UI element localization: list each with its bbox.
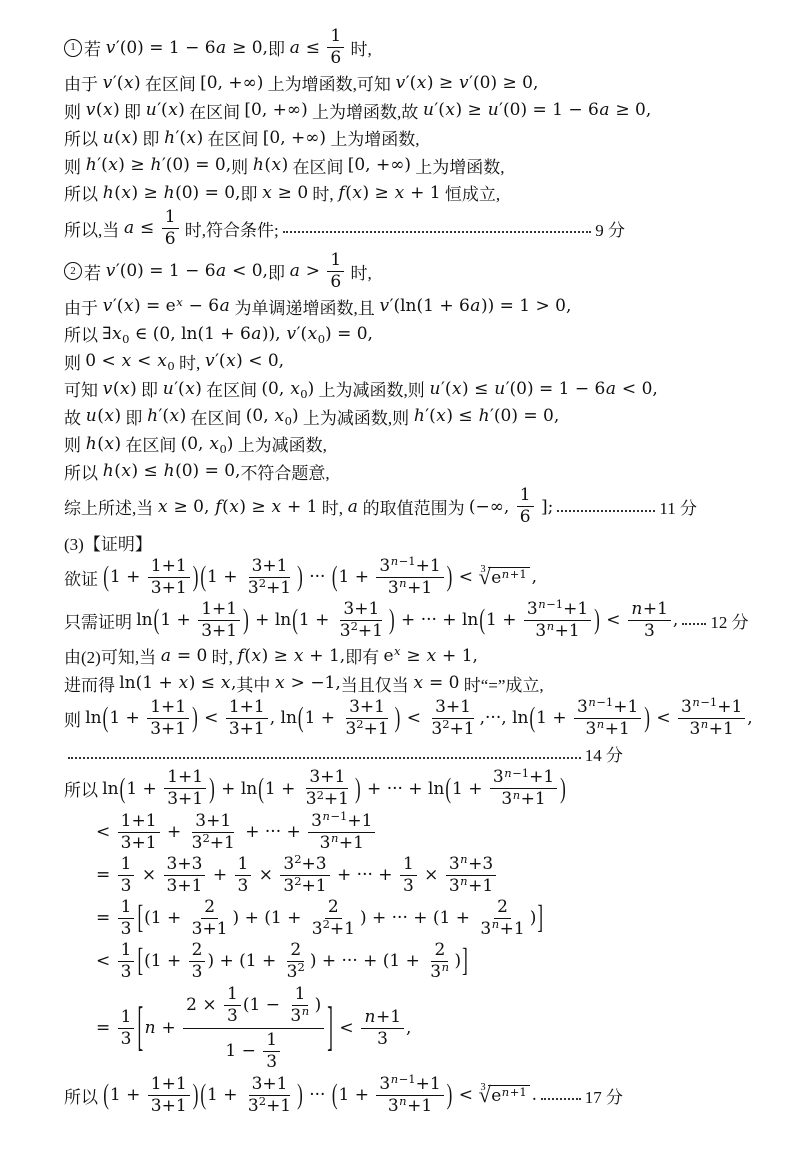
fraction: 1+13+1 xyxy=(226,697,268,740)
big-delimiter: ( xyxy=(103,560,109,594)
fraction-numerator: 1+1 xyxy=(148,556,190,578)
big-delimiter: ( xyxy=(154,603,160,637)
fraction-numerator: 3n−1+1 xyxy=(376,556,443,578)
big-delimiter: ) xyxy=(193,560,199,594)
variable: h xyxy=(85,155,97,175)
text-segment: (3)【证明】 xyxy=(64,530,152,555)
function-name: ln xyxy=(241,779,257,799)
variable: h xyxy=(413,406,425,426)
circled-number-icon: 2 xyxy=(64,262,82,280)
fraction: 1+13+1 xyxy=(148,556,190,599)
big-delimiter: ( xyxy=(332,1078,338,1112)
superscript: n xyxy=(546,619,554,633)
fraction: 13 xyxy=(118,854,135,897)
variable: n xyxy=(460,852,468,866)
math-expression: × xyxy=(136,865,161,885)
root-body: en+1 xyxy=(488,567,529,588)
text-line: 所以 ∃x0 ∈ (0, ln(1 + 6a)), v′(x0) = 0, xyxy=(64,320,764,348)
math-expression: × xyxy=(253,865,278,885)
math-expression: 32+1 xyxy=(248,579,291,598)
fraction-denominator: 32+1 xyxy=(342,719,391,740)
superscript: n xyxy=(512,788,520,802)
big-delimiter: [ xyxy=(137,899,143,937)
variable: a xyxy=(605,379,616,399)
variable: x xyxy=(123,296,134,316)
fraction-denominator: 3+1 xyxy=(198,621,240,642)
variable: v xyxy=(379,296,390,316)
text-line: 则 v(x) 即 u′(x) 在区间 [0, +∞) 上为增函数,故 u′(x)… xyxy=(64,97,764,125)
variable: a xyxy=(599,100,610,120)
math-expression: u(x) xyxy=(102,128,138,148)
math-expression: 3+1 xyxy=(309,768,345,787)
superscript: n−1 xyxy=(504,766,529,780)
fraction-numerator: 1+1 xyxy=(118,811,160,833)
fraction-denominator: 32+1 xyxy=(245,578,294,599)
math-expression: 3+1 xyxy=(150,720,186,739)
variable: x xyxy=(416,73,427,93)
math-expression: v′(0) = 1 − 6a < 0, xyxy=(105,261,268,281)
superscript: n−1 xyxy=(390,1072,415,1086)
math-expression: ex ≥ x + 1, xyxy=(383,646,478,666)
fraction-numerator: 3n−1+1 xyxy=(376,1074,443,1096)
math-expression: + ··· + ln xyxy=(396,610,479,630)
fraction-numerator: 1+1 xyxy=(164,767,206,789)
math-expression: v′(x) xyxy=(102,73,140,93)
math-expression: 3 xyxy=(266,1053,277,1072)
math-expression: 3+1 xyxy=(151,579,187,598)
fraction-numerator: 1 xyxy=(224,984,241,1006)
big-delimiter: ( xyxy=(298,701,304,735)
variable: v xyxy=(395,73,406,93)
text-line: = 13[(1 + 23+1) + (1 + 232+1) + ··· + (1… xyxy=(64,897,764,940)
fraction-numerator: 1+1 xyxy=(226,697,268,719)
math-expression: + ln xyxy=(250,610,291,630)
math-expression: [0, +∞) xyxy=(244,100,307,120)
variable: h xyxy=(147,406,159,426)
math-expression: u′(x) xyxy=(145,100,185,120)
math-expression: n−1 xyxy=(588,695,613,709)
fraction-numerator: 1 xyxy=(162,207,179,229)
math-expression: 3 xyxy=(644,622,655,641)
variable: a xyxy=(160,646,171,666)
solution-text-body: 1若 v′(0) = 1 − 6a ≥ 0,即 a ≤ 16 时,由于 v′(x… xyxy=(64,26,764,1117)
variable: n xyxy=(144,1018,156,1038)
fraction-denominator: 3+1 xyxy=(189,919,231,940)
math-expression: ln xyxy=(85,708,101,728)
function-name: ln xyxy=(136,610,152,630)
text-line: = 13 × 3+33+1 + 13 × 32+332+1 + ··· + 13… xyxy=(64,854,764,897)
math-expression: 2 xyxy=(290,941,301,960)
math-expression: < xyxy=(453,567,478,587)
fraction-denominator: 3 xyxy=(235,876,252,897)
text-segment: 所以 xyxy=(64,459,102,484)
text-segment: 所以 xyxy=(64,1083,102,1108)
fraction-denominator: 3n+1 xyxy=(446,876,496,897)
math-expression: n+1 xyxy=(631,600,668,619)
big-delimiter: ) xyxy=(297,560,303,594)
variable: v xyxy=(459,73,470,93)
fraction-denominator: 3+1 xyxy=(147,719,189,740)
variable: u xyxy=(429,379,441,399)
math-expression: 1 + xyxy=(536,708,572,728)
text-segment: 即 xyxy=(137,376,163,401)
text-segment: 只需证明 xyxy=(64,608,136,633)
fraction: n+13 xyxy=(361,1007,404,1050)
superscript: n−1 xyxy=(322,809,347,823)
variable: a xyxy=(289,38,300,58)
variable: x xyxy=(436,406,447,426)
math-expression: 3n xyxy=(290,1007,309,1026)
fraction: 13 xyxy=(118,940,135,983)
math-expression: 3 xyxy=(227,1007,238,1026)
text-segment: 欲证 xyxy=(64,565,102,590)
math-expression: n−1 xyxy=(692,695,717,709)
fraction-denominator: 3 xyxy=(224,1006,241,1027)
text-line: (3)【证明】 xyxy=(64,528,764,556)
math-expression: en+1 xyxy=(491,1086,526,1106)
fraction-denominator: 3n+1 xyxy=(498,789,548,810)
text-segment: 则 xyxy=(64,431,85,456)
math-expression: + ··· + xyxy=(240,822,306,842)
math-expression: (1 + xyxy=(144,951,187,971)
math-expression: 3 xyxy=(238,877,249,896)
text-line: 所以,当 a ≤ 16 时,符合条件;9 分 xyxy=(64,207,764,250)
variable: x xyxy=(413,673,424,693)
fraction-denominator: 32+1 xyxy=(428,719,477,740)
subscript: 0 xyxy=(219,442,226,456)
superscript: n xyxy=(399,1094,407,1108)
variable: n xyxy=(364,1007,376,1027)
fraction: 3+132+1 xyxy=(337,599,386,642)
fraction-numerator: 1 xyxy=(118,940,135,962)
variable: h xyxy=(252,155,264,175)
fraction-numerator: n+1 xyxy=(628,599,671,621)
fraction-numerator: 1 xyxy=(292,984,309,1006)
text-segment: 即 xyxy=(268,35,289,60)
fraction-denominator: 32+1 xyxy=(189,833,238,854)
math-expression: n xyxy=(441,960,449,974)
math-expression: 1 + xyxy=(126,779,162,799)
fraction-numerator: 3+1 xyxy=(432,697,474,719)
superscript: n−1 xyxy=(692,695,717,709)
fraction: 1+13+1 xyxy=(148,1074,190,1117)
math-expression: 3+1 xyxy=(435,698,471,717)
fraction: 1+13+1 xyxy=(198,599,240,642)
text-segment: 可知 xyxy=(64,376,102,401)
superscript: n−1 xyxy=(538,597,563,611)
text-segment: 上为增函数,可知 xyxy=(263,70,395,95)
math-expression: n−1 xyxy=(322,809,347,823)
dotted-leader xyxy=(682,623,706,625)
text-line: 1若 v′(0) = 1 − 6a ≥ 0,即 a ≤ 16 时, xyxy=(64,26,764,69)
subscript: 0 xyxy=(167,359,174,373)
math-expression: 32+3 xyxy=(283,855,326,874)
text-segment: 时, xyxy=(207,643,237,668)
math-expression: 2 xyxy=(259,1094,266,1108)
function-name: ln xyxy=(85,708,101,728)
text-segment: 在区间 xyxy=(121,431,181,456)
math-expression: 32+1 xyxy=(345,720,388,739)
math-expression: 2 xyxy=(356,717,363,731)
math-expression: , xyxy=(406,1018,411,1038)
fraction: 16 xyxy=(327,250,344,293)
text-segment: 即有 xyxy=(345,643,383,668)
superscript: x xyxy=(176,295,184,309)
math-expression: 3n−1+1 xyxy=(527,600,588,619)
math-expression: u′(x) ≤ u′(0) = 1 − 6a < 0, xyxy=(429,379,658,399)
fraction-denominator: 3n+1 xyxy=(686,719,736,740)
math-expression: 0 xyxy=(300,387,307,401)
fraction-denominator: 6 xyxy=(327,48,344,69)
math-expression: 3 xyxy=(121,877,132,896)
math-expression: 3n−1+1 xyxy=(493,768,554,787)
variable: x xyxy=(104,406,115,426)
math-expression: 1 − xyxy=(225,1042,261,1061)
fraction-numerator: 3+1 xyxy=(306,767,348,789)
math-expression: a ≤ xyxy=(289,38,325,58)
math-expression: 1 xyxy=(266,1031,277,1050)
math-expression: 0 xyxy=(285,414,292,428)
math-expression: 3+1 xyxy=(229,720,265,739)
text-line: < 1+13+1 + 3+132+1 + ··· + 3n−1+13n+1 xyxy=(64,811,764,854)
fraction-denominator: 32+1 xyxy=(280,876,329,897)
math-expression: 1 + xyxy=(339,567,375,587)
text-segment: 则 xyxy=(64,153,85,178)
fraction-denominator: 3+1 xyxy=(148,578,190,599)
variable: v xyxy=(102,73,113,93)
math-expression: 1 + xyxy=(207,1085,243,1105)
text-line: 可知 v(x) 即 u′(x) 在区间 (0, x0) 上为减函数,则 u′(x… xyxy=(64,375,764,403)
fraction-numerator: 2 xyxy=(325,897,342,919)
text-segment: 由于 xyxy=(64,70,102,95)
math-expression: 1 xyxy=(121,855,132,874)
text-segment: 时,符合条件; xyxy=(181,216,279,241)
variable: x xyxy=(274,406,285,426)
math-expression: 3n xyxy=(430,963,449,982)
variable: h xyxy=(163,461,175,481)
text-segment: 所以 xyxy=(64,180,102,205)
math-expression: 2 xyxy=(442,717,449,731)
text-segment: 则 xyxy=(64,706,85,731)
fraction-denominator: 6 xyxy=(327,272,344,293)
math-expression: a xyxy=(347,497,358,517)
text-segment: 即 xyxy=(268,259,289,284)
fraction-denominator: 3n xyxy=(287,1006,312,1027)
text-segment: 上为增函数, xyxy=(326,125,420,150)
fraction-denominator: 3 xyxy=(118,876,135,897)
function-name: ln xyxy=(281,708,297,728)
superscript: 2 xyxy=(259,1094,266,1108)
math-expression: ln xyxy=(136,610,152,630)
math-expression: v′(x) < 0, xyxy=(204,351,284,371)
text-segment: 综上所述,当 xyxy=(64,494,158,519)
math-expression: h(x) xyxy=(85,434,121,454)
math-expression: 3+1 xyxy=(349,698,385,717)
function-name: e xyxy=(383,646,393,666)
math-expression: a ≤ xyxy=(124,218,160,238)
variable: f xyxy=(215,497,222,517)
math-expression: 32+1 xyxy=(312,920,355,939)
variable: a xyxy=(347,497,358,517)
variable: x xyxy=(445,100,456,120)
fraction-numerator: 1 xyxy=(118,854,135,876)
math-expression: = xyxy=(96,865,116,885)
math-expression: v′(0) = 1 − 6a ≥ 0, xyxy=(105,38,268,58)
math-expression: × xyxy=(419,865,444,885)
math-expression: en+1 xyxy=(491,568,526,588)
math-expression: 2 xyxy=(323,917,330,931)
function-name: ln xyxy=(428,779,444,799)
fraction-numerator: 2 xyxy=(494,897,511,919)
math-expression: v(x) xyxy=(102,379,136,399)
math-expression: n xyxy=(512,788,520,802)
text-segment: 即 xyxy=(138,125,164,150)
superscript: n−1 xyxy=(588,695,613,709)
superscript: 2 xyxy=(356,717,363,731)
text-segment: 所以 xyxy=(64,125,102,150)
math-expression: 3n+1 xyxy=(585,720,629,739)
math-expression: 2 xyxy=(202,831,209,845)
text-segment: 进而得 xyxy=(64,671,119,696)
math-expression: 3n+1 xyxy=(535,622,579,641)
math-expression: 1 + xyxy=(110,1085,146,1105)
big-delimiter: ) xyxy=(389,603,395,637)
math-expression: + xyxy=(162,822,187,842)
fraction-numerator: 1 xyxy=(400,854,417,876)
superscript: n xyxy=(700,717,708,731)
variable: x xyxy=(229,497,240,517)
math-expression: = xyxy=(96,908,116,928)
math-expression: n xyxy=(399,576,407,590)
variable: n xyxy=(399,576,407,590)
variable: v xyxy=(105,261,116,281)
variable: h xyxy=(163,183,175,203)
math-expression: 3 xyxy=(121,1030,132,1049)
math-expression: 32+1 xyxy=(283,877,326,896)
fraction-numerator: 1 xyxy=(327,250,344,272)
variable: x xyxy=(111,324,122,344)
math-expression: n xyxy=(596,717,604,731)
variable: x xyxy=(426,646,437,666)
variable: h xyxy=(164,128,176,148)
dotted-leader xyxy=(283,231,591,233)
fraction-numerator: 2 xyxy=(431,940,448,962)
math-expression: 2 xyxy=(328,898,339,917)
math-expression: 3+1 xyxy=(252,557,288,576)
superscript: 2 xyxy=(202,831,209,845)
math-expression: 3 xyxy=(377,1030,388,1049)
math-expression: 1 xyxy=(330,27,341,46)
variable: n xyxy=(399,1094,407,1108)
superscript: 2 xyxy=(323,917,330,931)
text-segment: 所以,当 xyxy=(64,216,124,241)
math-expression: ) + (1 + xyxy=(207,951,281,971)
variable: f xyxy=(338,183,345,203)
function-name: e xyxy=(491,568,501,588)
math-expression: f(x) ≥ x + 1, xyxy=(237,646,345,666)
variable: v xyxy=(286,324,297,344)
fraction-denominator: 3n+1 xyxy=(385,578,435,599)
fraction-numerator: 1+1 xyxy=(148,1074,190,1096)
text-line: 进而得 ln(1 + x) ≤ x,其中 x > −1,当且仅当 x = 0 时… xyxy=(64,669,764,697)
math-expression: 0 xyxy=(318,332,325,346)
fraction: n+13 xyxy=(628,599,671,642)
math-expression: 1 + xyxy=(109,708,145,728)
variable: n xyxy=(512,788,520,802)
math-expression: 3+1 xyxy=(192,920,228,939)
math-expression: f(x) ≥ x + 1 xyxy=(338,183,441,203)
fraction-numerator: 3n−1+1 xyxy=(490,767,557,789)
math-expression: 2 xyxy=(259,576,266,590)
math-expression: h′(x) xyxy=(164,128,204,148)
math-expression: ]; xyxy=(536,497,554,517)
variable: x xyxy=(394,644,402,658)
function-name: ln xyxy=(512,708,528,728)
variable: x xyxy=(226,351,237,371)
math-expression: v(x) xyxy=(85,100,119,120)
math-expression: 3n+1 xyxy=(501,790,545,809)
math-expression: x xyxy=(176,295,184,309)
function-name: ln xyxy=(275,610,291,630)
big-delimiter: ) xyxy=(644,701,650,735)
fraction: 3+132+1 xyxy=(342,697,391,740)
math-expression: 1 xyxy=(165,208,176,227)
math-expression: 1+1 xyxy=(151,1075,187,1094)
math-expression: ) + (1 + xyxy=(233,908,307,928)
fraction-numerator: 3+1 xyxy=(249,1074,291,1096)
function-name: e xyxy=(491,1086,501,1106)
fraction: 1+13+1 xyxy=(118,811,160,854)
text-segment: 则 xyxy=(231,153,252,178)
fraction-numerator: 1 xyxy=(327,26,344,48)
variable: v xyxy=(105,38,116,58)
fraction: 3n−1+13n+1 xyxy=(524,599,591,642)
text-segment: 上为减函数, xyxy=(233,431,327,456)
function-name: e xyxy=(166,296,176,316)
fraction-denominator: 32 xyxy=(284,962,308,983)
math-expression: + ··· + ln xyxy=(362,779,445,799)
fraction-denominator: 3 xyxy=(263,1052,280,1073)
text-segment: 其中 xyxy=(236,671,274,696)
variable: u xyxy=(487,100,499,120)
fraction-denominator: 3 xyxy=(400,876,417,897)
superscript: x xyxy=(394,644,402,658)
math-expression: 3n+1 xyxy=(388,579,432,598)
fraction-numerator: 3+3 xyxy=(164,854,206,876)
fraction-denominator: 3 xyxy=(641,621,658,642)
variable: a xyxy=(216,38,227,58)
fraction-denominator: 3+1 xyxy=(118,833,160,854)
text-segment: 所以 xyxy=(64,776,102,801)
fraction-numerator: 2 × 13(1 − 13n) xyxy=(183,983,324,1029)
math-expression: v′(ln(1 + 6a)) = 1 > 0, xyxy=(379,296,571,316)
root-degree: 3 xyxy=(480,1082,485,1093)
math-expression: 32+1 xyxy=(306,790,349,809)
fraction-numerator: 32+3 xyxy=(280,854,329,876)
fraction-numerator: 3n−1+1 xyxy=(524,599,591,621)
superscript: 2 xyxy=(294,852,301,866)
variable: u xyxy=(85,406,97,426)
text-line: 只需证明 ln(1 + 1+13+1) + ln(1 + 3+132+1) + … xyxy=(64,599,764,642)
subscript: 0 xyxy=(285,414,292,428)
math-expression: 3 xyxy=(192,963,203,982)
fraction-denominator: 3n+1 xyxy=(532,621,582,642)
variable: n xyxy=(546,619,554,633)
math-expression: 3 xyxy=(121,920,132,939)
math-expression: n xyxy=(330,831,338,845)
text-segment: 为单调递增函数,且 xyxy=(230,294,379,319)
variable: a xyxy=(289,261,300,281)
